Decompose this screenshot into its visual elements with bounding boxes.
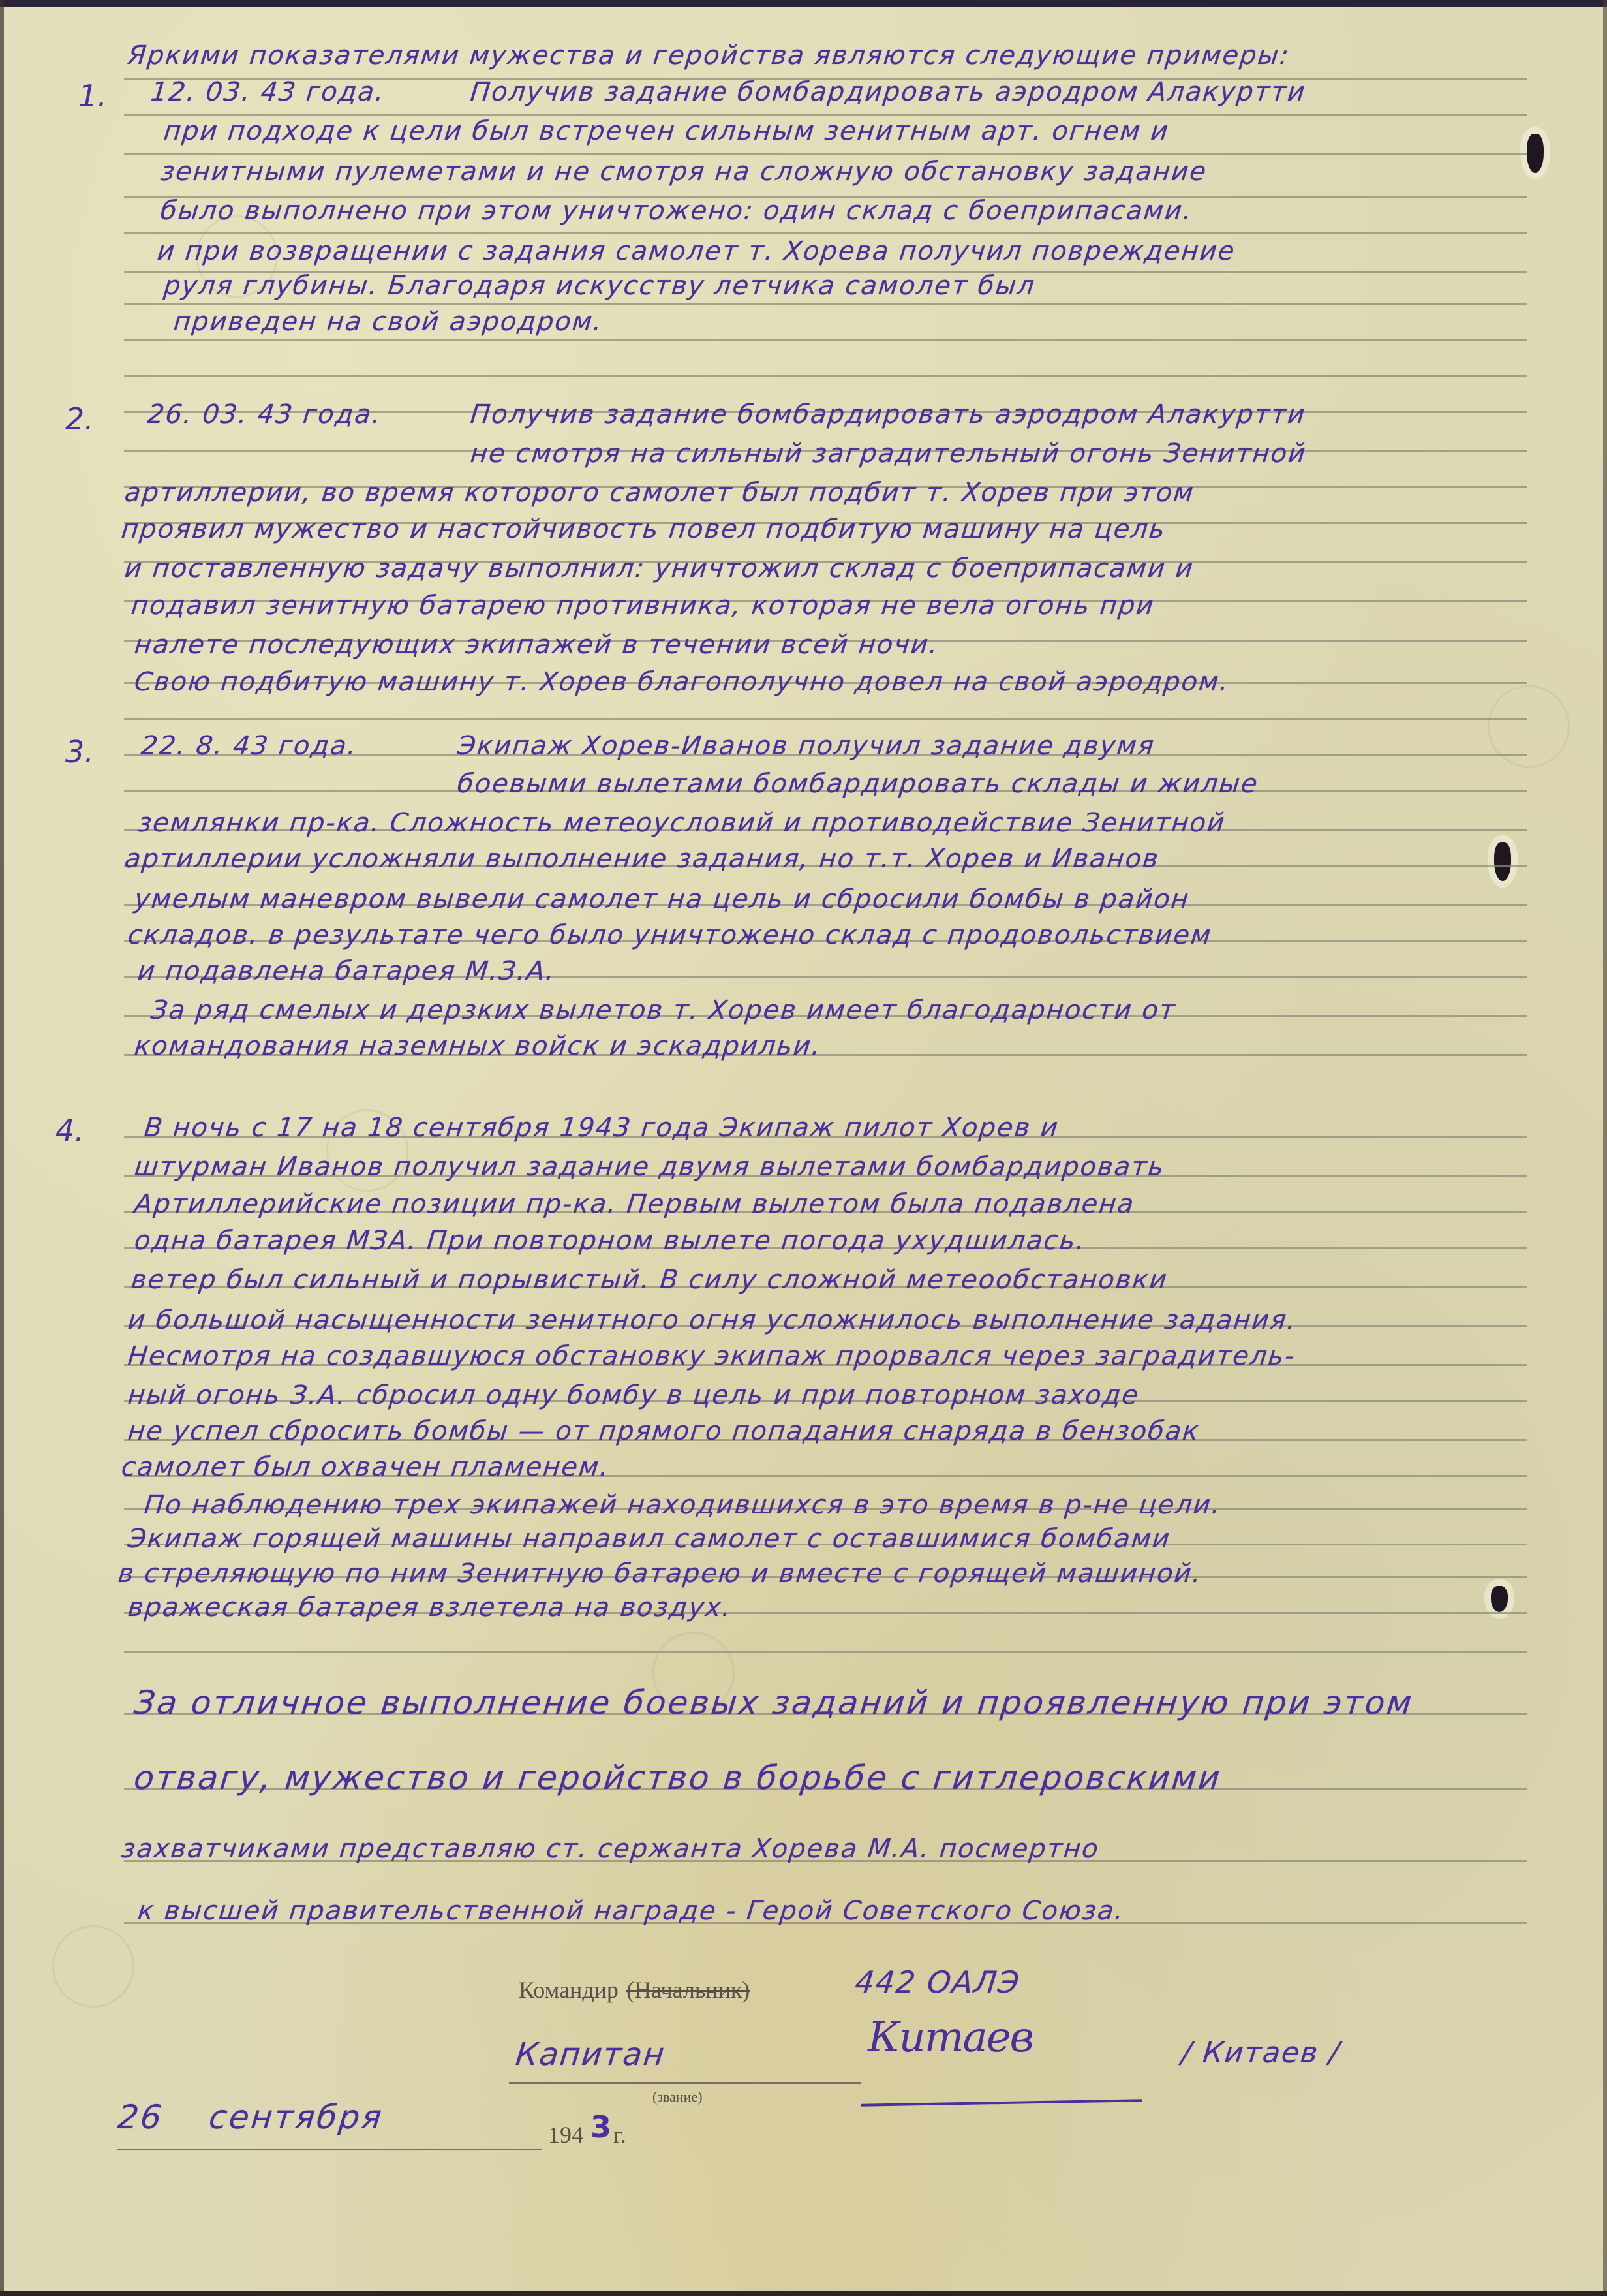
date-year-printed: 194 [548, 2121, 583, 2149]
watermark-stamp [52, 1925, 134, 2008]
section-line: артиллерии усложняли выполнение задания,… [121, 844, 1161, 890]
punch-hole [1527, 134, 1544, 173]
date-underline [117, 2149, 542, 2150]
chief-label-struck: (Начальник) [626, 1976, 750, 2004]
section-line: вражеская батарея взлетела на воздух. [125, 1592, 733, 1638]
conclusion-line: захватчиками представляю ст. сержанта Хо… [118, 1834, 1101, 1880]
punch-hole [1494, 842, 1511, 881]
section-number: 2. [65, 401, 94, 437]
unit-name: 442 ОАЛЭ [852, 1964, 1022, 2010]
conclusion-line: За отличное выполнение боевых заданий и … [131, 1684, 1415, 1730]
section-line: при подходе к цели был встречен сильным … [161, 116, 1171, 162]
section-line: было выполнено при этом уничтожено: один… [157, 196, 1194, 241]
scan-left-edge [0, 0, 4, 2296]
scan-bottom-edge [0, 2291, 1607, 2296]
conclusion-line: отвагу, мужество и геройство в борьбе с … [131, 1759, 1223, 1805]
section-line: приведен на свой аэродром. [170, 307, 604, 352]
signature: Китаев [868, 2013, 1033, 2062]
section-line: Свою подбитую машину т. Хорев благополуч… [131, 667, 1231, 713]
punch-hole [1491, 1586, 1508, 1612]
conclusion-line: к высшей правительственной награде - Гер… [134, 1896, 1125, 1942]
commander-label: Командир [519, 1976, 619, 2004]
section-line: ветер был сильный и порывистый. В силу с… [128, 1265, 1169, 1311]
rank-underline [509, 2082, 861, 2084]
rank-handwritten: Капитан [513, 2036, 667, 2082]
rank-caption: (звание) [652, 2088, 703, 2105]
section-date: 26. 03. 43 года. [144, 399, 383, 445]
scan-top-border [0, 0, 1607, 7]
date-year-handwritten: 3 [590, 2109, 611, 2145]
year-suffix: г. [613, 2121, 626, 2149]
signature-flourish [861, 2099, 1142, 2107]
section-number: 4. [55, 1113, 84, 1148]
section-number: 3. [65, 734, 94, 769]
scan-right-edge [1603, 0, 1607, 2296]
section-line: командования наземных войск и эскадрильи… [131, 1031, 823, 1077]
date-month: сентября [206, 2098, 385, 2144]
section-number: 1. [78, 78, 107, 114]
name-in-parentheses: / Китаев / [1178, 2036, 1341, 2082]
date-day: 26 [115, 2098, 165, 2144]
section-date: 22. 8. 43 года. [138, 731, 359, 777]
